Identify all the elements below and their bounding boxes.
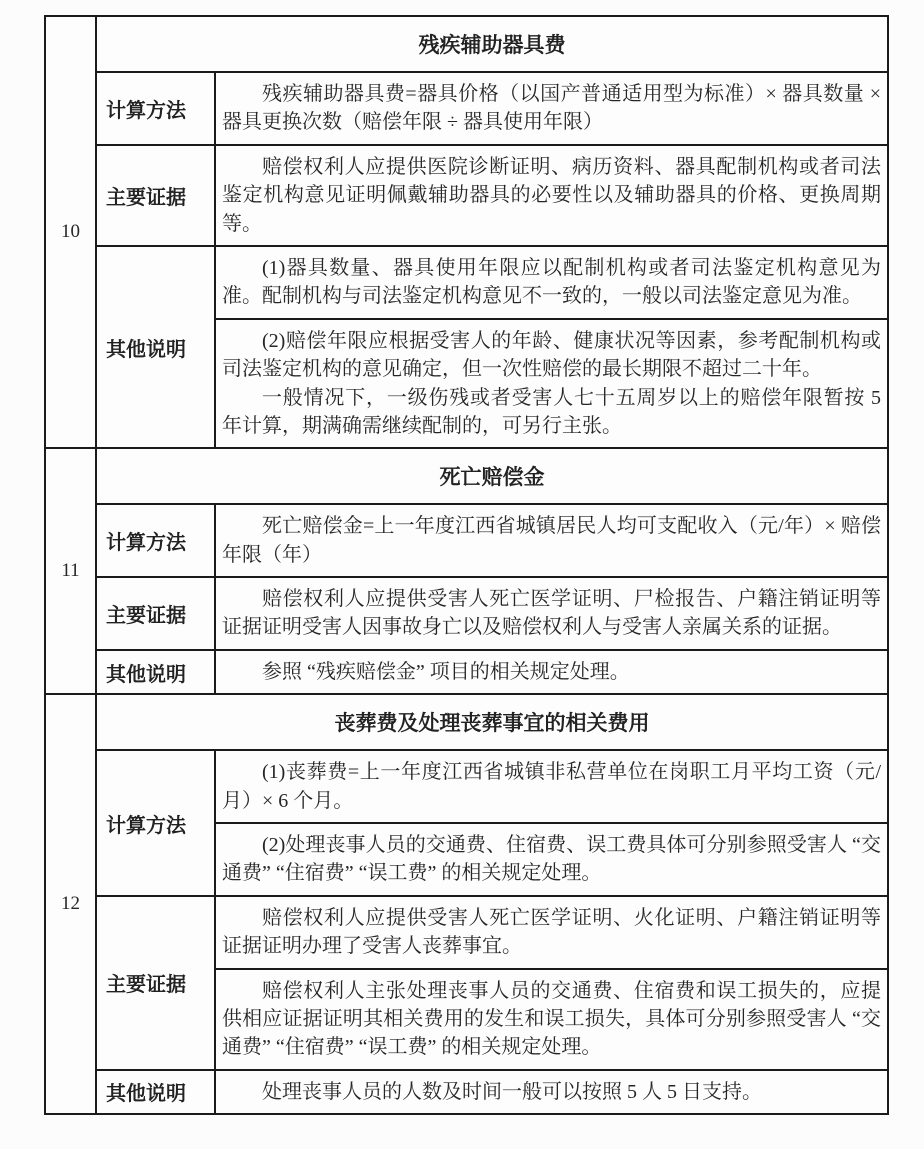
paragraph: 参照 “残疾赔偿金” 项目的相关规定处理。	[222, 658, 881, 686]
section-body: 丧葬费及处理丧葬事宜的相关费用计算方法(1)丧葬费=上一年度江西省城镇非私营单位…	[97, 695, 887, 1113]
content-subcell: (2)赔偿年限应根据受害人的年龄、健康状况等因素，参考配制机构或司法鉴定机构的意…	[216, 318, 887, 448]
paragraph: 赔偿权利人主张处理丧事人员的交通费、住宿费和误工损失的，应提供相应证据证明其相关…	[222, 977, 881, 1062]
paragraph: (1)器具数量、器具使用年限应以配制机构或者司法鉴定机构意见为准。配制机构与司法…	[222, 254, 881, 311]
table-section-12: 12丧葬费及处理丧葬事宜的相关费用计算方法(1)丧葬费=上一年度江西省城镇非私营…	[46, 693, 887, 1113]
paragraph: 一般情况下，一级伤残或者受害人七十五周岁以上的赔偿年限暂按 5 年计算，期满确需…	[222, 384, 881, 441]
row-label: 其他说明	[97, 651, 216, 693]
row-label: 主要证据	[97, 146, 216, 245]
row-content: 赔偿权利人应提供医院诊断证明、病历资料、器具配制机构或者司法鉴定机构意见证明佩戴…	[216, 146, 887, 245]
row-content: (1)器具数量、器具使用年限应以配制机构或者司法鉴定机构意见为准。配制机构与司法…	[216, 247, 887, 447]
row-label: 主要证据	[97, 578, 216, 649]
content-subcell: 赔偿权利人应提供受害人死亡医学证明、尸检报告、户籍注销证明等证据证明受害人因事故…	[216, 578, 887, 649]
content-subcell: 赔偿权利人应提供受害人死亡医学证明、火化证明、户籍注销证明等证据证明办理了受害人…	[216, 897, 887, 968]
table-section-11: 11死亡赔偿金计算方法死亡赔偿金=上一年度江西省城镇居民人均可支配收入（元/年）…	[46, 447, 887, 693]
content-subcell: 死亡赔偿金=上一年度江西省城镇居民人均可支配收入（元/年）× 赔偿年限（年）	[216, 505, 887, 576]
section-title: 残疾辅助器具费	[97, 17, 887, 73]
table-row: 计算方法死亡赔偿金=上一年度江西省城镇居民人均可支配收入（元/年）× 赔偿年限（…	[97, 505, 887, 578]
content-subcell: (1)丧葬费=上一年度江西省城镇非私营单位在岗职工月平均工资（元/月）× 6 个…	[216, 751, 887, 822]
content-subcell: 残疾辅助器具费=器具价格（以国产普通适用型为标准）× 器具数量 × 器具更换次数…	[216, 73, 887, 144]
row-content: 死亡赔偿金=上一年度江西省城镇居民人均可支配收入（元/年）× 赔偿年限（年）	[216, 505, 887, 576]
paragraph: 赔偿权利人应提供受害人死亡医学证明、火化证明、户籍注销证明等证据证明办理了受害人…	[222, 904, 881, 961]
row-content: 处理丧事人员的人数及时间一般可以按照 5 人 5 日支持。	[216, 1071, 887, 1113]
content-subcell: 赔偿权利人应提供医院诊断证明、病历资料、器具配制机构或者司法鉴定机构意见证明佩戴…	[216, 146, 887, 245]
paragraph: 残疾辅助器具费=器具价格（以国产普通适用型为标准）× 器具数量 × 器具更换次数…	[222, 80, 881, 137]
table-row: 计算方法(1)丧葬费=上一年度江西省城镇非私营单位在岗职工月平均工资（元/月）×…	[97, 751, 887, 897]
content-subcell: 参照 “残疾赔偿金” 项目的相关规定处理。	[216, 651, 887, 693]
content-subcell: (1)器具数量、器具使用年限应以配制机构或者司法鉴定机构意见为准。配制机构与司法…	[216, 247, 887, 318]
row-label: 其他说明	[97, 1071, 216, 1113]
paragraph: (2)处理丧事人员的交通费、住宿费、误工费具体可分别参照受害人 “交通费” “住…	[222, 831, 881, 888]
row-number: 11	[46, 449, 97, 693]
content-subcell: 处理丧事人员的人数及时间一般可以按照 5 人 5 日支持。	[216, 1071, 887, 1113]
table-row: 主要证据赔偿权利人应提供受害人死亡医学证明、尸检报告、户籍注销证明等证据证明受害…	[97, 578, 887, 651]
paragraph: 处理丧事人员的人数及时间一般可以按照 5 人 5 日支持。	[222, 1078, 881, 1106]
row-content: 残疾辅助器具费=器具价格（以国产普通适用型为标准）× 器具数量 × 器具更换次数…	[216, 73, 887, 144]
section-title: 丧葬费及处理丧葬事宜的相关费用	[97, 695, 887, 751]
content-subcell: (2)处理丧事人员的交通费、住宿费、误工费具体可分别参照受害人 “交通费” “住…	[216, 822, 887, 895]
paragraph: 赔偿权利人应提供医院诊断证明、病历资料、器具配制机构或者司法鉴定机构意见证明佩戴…	[222, 153, 881, 238]
table-row: 主要证据赔偿权利人应提供医院诊断证明、病历资料、器具配制机构或者司法鉴定机构意见…	[97, 146, 887, 247]
row-label: 计算方法	[97, 505, 216, 576]
table-row: 其他说明处理丧事人员的人数及时间一般可以按照 5 人 5 日支持。	[97, 1071, 887, 1113]
table-section-10: 10残疾辅助器具费计算方法残疾辅助器具费=器具价格（以国产普通适用型为标准）× …	[46, 17, 887, 447]
row-label: 其他说明	[97, 247, 216, 447]
paragraph: (1)丧葬费=上一年度江西省城镇非私营单位在岗职工月平均工资（元/月）× 6 个…	[222, 758, 881, 815]
row-number: 10	[46, 17, 97, 447]
row-label: 计算方法	[97, 73, 216, 144]
compensation-table: 10残疾辅助器具费计算方法残疾辅助器具费=器具价格（以国产普通适用型为标准）× …	[44, 15, 889, 1115]
row-content: 参照 “残疾赔偿金” 项目的相关规定处理。	[216, 651, 887, 693]
row-content: 赔偿权利人应提供受害人死亡医学证明、火化证明、户籍注销证明等证据证明办理了受害人…	[216, 897, 887, 1069]
table-row: 其他说明参照 “残疾赔偿金” 项目的相关规定处理。	[97, 651, 887, 693]
section-body: 残疾辅助器具费计算方法残疾辅助器具费=器具价格（以国产普通适用型为标准）× 器具…	[97, 17, 887, 447]
content-subcell: 赔偿权利人主张处理丧事人员的交通费、住宿费和误工损失的，应提供相应证据证明其相关…	[216, 968, 887, 1069]
table-row: 计算方法残疾辅助器具费=器具价格（以国产普通适用型为标准）× 器具数量 × 器具…	[97, 73, 887, 146]
row-content: 赔偿权利人应提供受害人死亡医学证明、尸检报告、户籍注销证明等证据证明受害人因事故…	[216, 578, 887, 649]
table-row: 主要证据赔偿权利人应提供受害人死亡医学证明、火化证明、户籍注销证明等证据证明办理…	[97, 897, 887, 1071]
row-content: (1)丧葬费=上一年度江西省城镇非私营单位在岗职工月平均工资（元/月）× 6 个…	[216, 751, 887, 895]
paragraph: (2)赔偿年限应根据受害人的年龄、健康状况等因素，参考配制机构或司法鉴定机构的意…	[222, 327, 881, 384]
row-label: 计算方法	[97, 751, 216, 895]
row-number: 12	[46, 695, 97, 1113]
paragraph: 赔偿权利人应提供受害人死亡医学证明、尸检报告、户籍注销证明等证据证明受害人因事故…	[222, 585, 881, 642]
section-body: 死亡赔偿金计算方法死亡赔偿金=上一年度江西省城镇居民人均可支配收入（元/年）× …	[97, 449, 887, 693]
row-label: 主要证据	[97, 897, 216, 1069]
paragraph: 死亡赔偿金=上一年度江西省城镇居民人均可支配收入（元/年）× 赔偿年限（年）	[222, 512, 881, 569]
section-title: 死亡赔偿金	[97, 449, 887, 505]
table-row: 其他说明(1)器具数量、器具使用年限应以配制机构或者司法鉴定机构意见为准。配制机…	[97, 247, 887, 447]
